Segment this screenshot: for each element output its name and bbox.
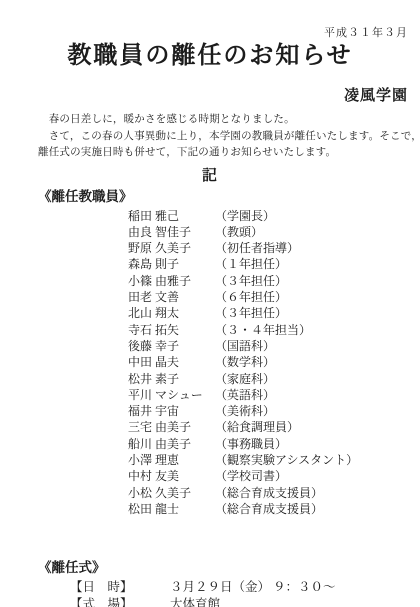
staff-member-row: 小澤 理恵 （観察実験アシスタント） xyxy=(128,452,408,468)
page-title: 教職員の離任のお知らせ xyxy=(25,42,395,70)
member-name: 由良 智佳子 xyxy=(128,224,215,240)
ceremony-details: 【日 時】 ３月２９日（金） ９：３０～ 【式 場】 大体育館 xyxy=(70,579,408,607)
member-name: 小澤 理恵 xyxy=(128,452,215,468)
staff-member-row: 松田 龍士 （総合育成支援員） xyxy=(128,501,408,517)
member-role: （英語科） xyxy=(215,387,275,403)
member-name: 平川 マシュー xyxy=(128,387,215,403)
member-name: 船川 由美子 xyxy=(128,436,215,452)
body-paragraph: 春の日差しに，暖かさを感じる時期となりました。 さて，この春の人事異動に上り，本… xyxy=(38,112,408,162)
staff-member-row: 小松 久美子 （総合育成支援員） xyxy=(128,485,408,501)
staff-member-row: 平川 マシュー （英語科） xyxy=(128,387,408,403)
member-name: 小篠 由雅子 xyxy=(128,273,215,289)
staff-member-row: 小篠 由雅子 （３年担任） xyxy=(128,273,408,289)
member-role: （観察実験アシスタント） xyxy=(215,452,358,468)
member-role: （総合育成支援員） xyxy=(215,485,323,501)
member-role: （６年担任） xyxy=(215,289,287,305)
staff-member-row: 田老 文善 （６年担任） xyxy=(128,289,408,305)
staff-member-row: 中田 晶夫 （数学科） xyxy=(128,354,408,370)
datetime-label: 【日 時】 xyxy=(70,579,170,596)
member-role: （国語科） xyxy=(215,338,275,354)
member-name: 松井 素子 xyxy=(128,371,215,387)
staff-member-row: 森島 則子 （１年担任） xyxy=(128,256,408,272)
member-role: （初任者指導） xyxy=(215,240,299,256)
staff-member-row: 福井 宇宙 （美術科） xyxy=(128,403,408,419)
member-role: （家庭科） xyxy=(215,371,275,387)
member-name: 森島 則子 xyxy=(128,256,215,272)
member-name: 野原 久美子 xyxy=(128,240,215,256)
member-name: 中田 晶夫 xyxy=(128,354,215,370)
member-name: 小松 久美子 xyxy=(128,485,215,501)
staff-section-heading: 《離任教職員》 xyxy=(38,188,408,206)
notice-document: 平成３１年３月 教職員の離任のお知らせ 凌風学園 春の日差しに，暖かさを感じる時… xyxy=(0,0,420,607)
venue-label: 【式 場】 xyxy=(70,596,170,607)
staff-member-row: 松井 素子 （家庭科） xyxy=(128,371,408,387)
member-name: 福井 宇宙 xyxy=(128,403,215,419)
staff-member-row: 由良 智佳子 （教頭） xyxy=(128,224,408,240)
datetime-value: ３月２９日（金） xyxy=(170,579,273,596)
member-role: （学園長） xyxy=(215,208,275,224)
member-role: （１年担任） xyxy=(215,256,287,272)
member-name: 後藤 幸子 xyxy=(128,338,215,354)
staff-member-row: 稲田 雅己 （学園長） xyxy=(128,208,408,224)
datetime-time: ９：３０～ xyxy=(273,579,336,596)
staff-member-row: 三宅 由美子 （給食調理員） xyxy=(128,419,408,435)
member-name: 寺石 拓矢 xyxy=(128,322,215,338)
staff-member-row: 寺石 拓矢 （３・４年担当） xyxy=(128,322,408,338)
member-name: 松田 龍士 xyxy=(128,501,215,517)
staff-member-row: 後藤 幸子 （国語科） xyxy=(128,338,408,354)
ceremony-section: 《離任式》 【日 時】 ３月２９日（金） ９：３０～ 【式 場】 大体育館 xyxy=(38,559,408,607)
member-role: （３年担任） xyxy=(215,305,287,321)
school-name: 凌風学園 xyxy=(38,86,408,106)
member-role: （総合育成支援員） xyxy=(215,501,323,517)
venue-value: 大体育館 xyxy=(170,596,273,607)
staff-section: 《離任教職員》 稲田 雅己 （学園長） 由良 智佳子 （教頭） 野原 久美子 （… xyxy=(38,188,408,518)
member-role: （美術科） xyxy=(215,403,275,419)
member-role: （事務職員） xyxy=(215,436,287,452)
member-role: （教頭） xyxy=(215,224,263,240)
member-role: （学校司書） xyxy=(215,468,287,484)
member-role: （３年担任） xyxy=(215,273,287,289)
member-name: 中村 友美 xyxy=(128,468,215,484)
member-role: （給食調理員） xyxy=(215,419,299,435)
member-role: （３・４年担当） xyxy=(215,322,311,338)
record-mark: 記 xyxy=(25,166,395,186)
member-name: 北山 翔太 xyxy=(128,305,215,321)
document-date: 平成３１年３月 xyxy=(38,26,408,40)
ceremony-datetime-row: 【日 時】 ３月２９日（金） ９：３０～ xyxy=(70,579,408,596)
ceremony-venue-row: 【式 場】 大体育館 xyxy=(70,596,408,607)
staff-member-row: 北山 翔太 （３年担任） xyxy=(128,305,408,321)
staff-member-row: 中村 友美 （学校司書） xyxy=(128,468,408,484)
member-role: （数学科） xyxy=(215,354,275,370)
member-name: 稲田 雅己 xyxy=(128,208,215,224)
body-line: さて，この春の人事異動に上り，本学園の教職員が離任いたします。そこで， xyxy=(38,129,408,146)
member-name: 三宅 由美子 xyxy=(128,419,215,435)
staff-member-row: 野原 久美子 （初任者指導） xyxy=(128,240,408,256)
staff-list: 稲田 雅己 （学園長） 由良 智佳子 （教頭） 野原 久美子 （初任者指導） 森… xyxy=(128,208,408,518)
staff-member-row: 船川 由美子 （事務職員） xyxy=(128,436,408,452)
body-line: 離任式の実施日時も併せて，下記の通りお知らせいたします。 xyxy=(38,145,408,162)
body-line: 春の日差しに，暖かさを感じる時期となりました。 xyxy=(38,112,408,129)
ceremony-section-heading: 《離任式》 xyxy=(38,559,408,577)
member-name: 田老 文善 xyxy=(128,289,215,305)
